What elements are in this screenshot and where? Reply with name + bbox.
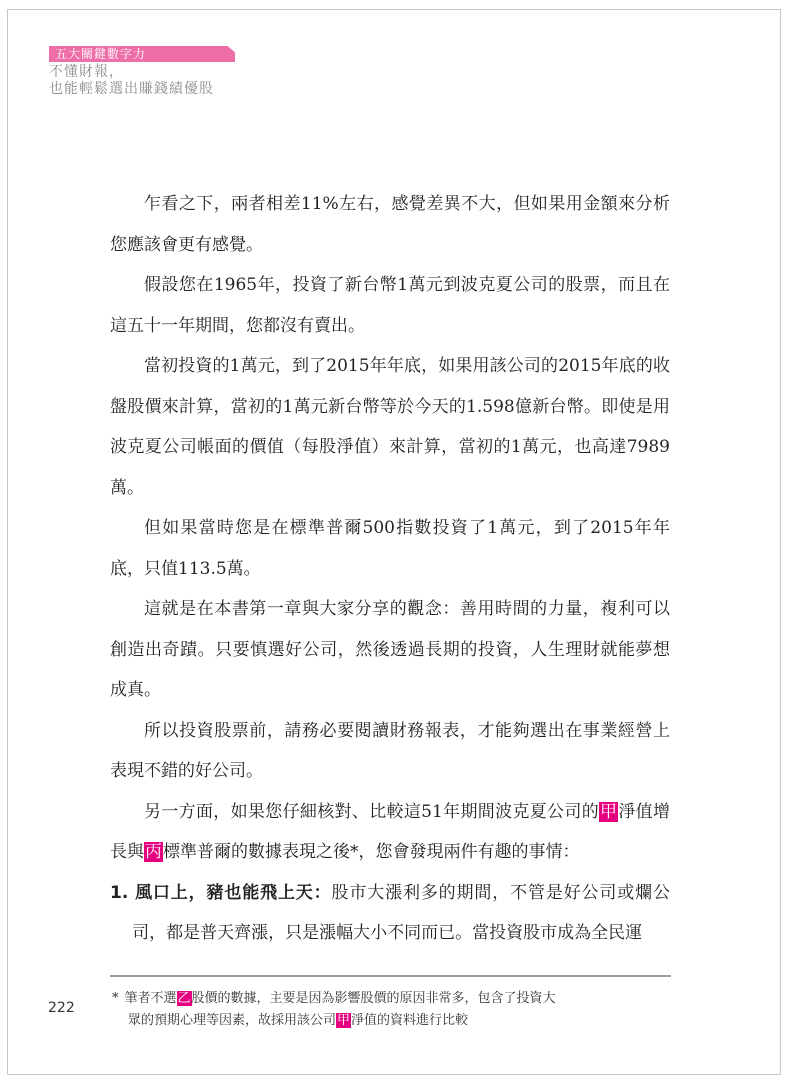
annotation-mark-jia: 甲 (599, 802, 618, 822)
annotation-mark-bing: 丙 (144, 842, 163, 862)
footnote-marker: * (112, 991, 119, 1006)
footnote-line-2: 眾的預期心理等因素，故採用該公司甲淨值的資料進行比較 (112, 1010, 682, 1032)
text: 淨值的資料進行比較 (351, 1013, 468, 1028)
text: 筆者不選 (125, 991, 177, 1006)
paragraph: 當初投資的1萬元，到了2015年年底，如果用該公司的2015年底的收盤股價來計算… (110, 346, 670, 508)
list-item-lead: 1. 風口上，豬也能飛上天： (110, 883, 332, 903)
text: 另一方面，如果您仔細核對、比較這51年期間波克夏公司的 (144, 802, 599, 822)
annotation-mark-jia: 甲 (336, 1013, 351, 1028)
paragraph: 這就是在本書第一章與大家分享的觀念：善用時間的力量，複利可以創造出奇蹟。只要慎選… (110, 589, 670, 711)
subtitle-line-2: 也能輕鬆選出賺錢績優股 (49, 81, 214, 98)
page-number: 222 (48, 1000, 75, 1016)
text: 股價的數據，主要是因為影響股價的原因非常多，包含了投資大 (192, 991, 556, 1006)
subtitle-line-1: 不懂財報， (49, 64, 214, 81)
paragraph: 假設您在1965年，投資了新台幣1萬元到波克夏公司的股票，而且在這五十一年期間，… (110, 265, 670, 346)
text: 標準普爾的數據表現之後*，您會發現兩件有趣的事情： (163, 842, 580, 862)
paragraph-comparison: 另一方面，如果您仔細核對、比較這51年期間波克夏公司的甲淨值增長與丙標準普爾的數… (110, 792, 670, 873)
footnote: *筆者不選乙股價的數據，主要是因為影響股價的原因非常多，包含了投資大 眾的預期心… (112, 988, 682, 1032)
section-tab: 五大關鍵數字力 (49, 46, 235, 62)
paragraph: 但如果當時您是在標準普爾500指數投資了1萬元，到了2015年年底，只值113.… (110, 508, 670, 589)
paragraph: 乍看之下，兩者相差11%左右，感覺差異不大，但如果用金額來分析您應該會更有感覺。 (110, 184, 670, 265)
annotation-mark-yi: 乙 (177, 991, 192, 1006)
text: 眾的預期心理等因素，故採用該公司 (128, 1013, 336, 1028)
list-item: 1. 風口上，豬也能飛上天：股市大漲利多的期間，不管是好公司或爛公司，都是普天齊… (110, 873, 670, 954)
footnote-divider (110, 975, 671, 977)
running-header-subtitle: 不懂財報， 也能輕鬆選出賺錢績優股 (49, 64, 214, 98)
body-text: 乍看之下，兩者相差11%左右，感覺差異不大，但如果用金額來分析您應該會更有感覺。… (110, 184, 670, 954)
paragraph: 所以投資股票前，請務必要閱讀財務報表，才能夠選出在事業經營上表現不錯的好公司。 (110, 711, 670, 792)
